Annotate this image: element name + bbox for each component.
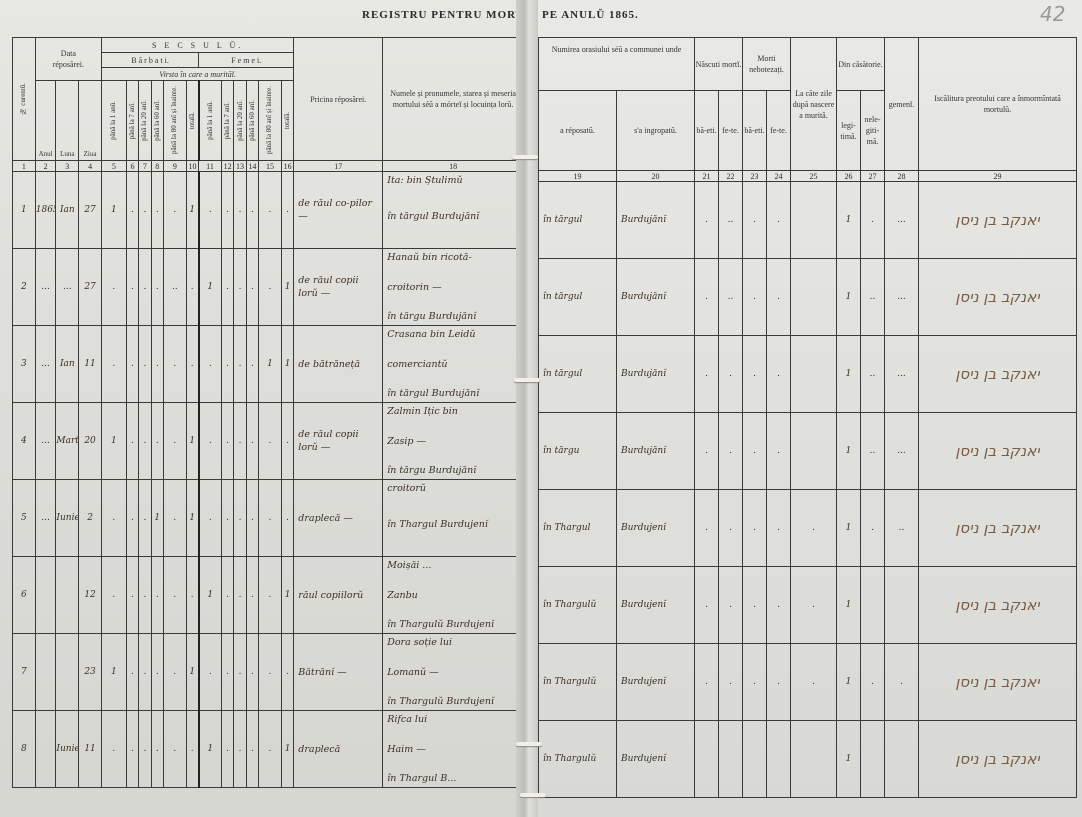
entry-name: Dora soție luiLomanŭ —în Thargulŭ Burduj… bbox=[383, 634, 524, 711]
entry-c22: .. bbox=[719, 182, 743, 259]
entry-priest-signature: יאנקב בן ניסן bbox=[919, 490, 1077, 567]
entry-female-age-4: . bbox=[246, 711, 258, 788]
col-header-died-in: a réposatŭ. bbox=[539, 91, 617, 171]
entry-buried-in: Burdujănĭ bbox=[617, 413, 695, 490]
entry-died-in: în tărgul bbox=[539, 259, 617, 336]
entry-died-in: în Thargul bbox=[539, 490, 617, 567]
entry-female-age-3: . bbox=[234, 480, 246, 557]
entry-year: ... bbox=[35, 326, 56, 403]
entry-c24: . bbox=[767, 567, 791, 644]
entry-c28: ... bbox=[885, 413, 919, 490]
entry-female-age-6: 1 bbox=[281, 249, 293, 326]
entry-c25: . bbox=[791, 567, 837, 644]
entry-year: ... bbox=[35, 249, 56, 326]
entry-male-age-6: . bbox=[186, 326, 198, 403]
col-num: 5 bbox=[101, 161, 126, 172]
col-header-men: B ă r b a t i. bbox=[101, 53, 198, 68]
entry-buried-in: Burdujănĭ bbox=[617, 336, 695, 413]
entry-c25 bbox=[791, 182, 837, 259]
entry-buried-in: Burdujenĭ bbox=[617, 644, 695, 721]
entry-c26: 1 bbox=[837, 644, 861, 721]
entry-name: Crasana bin Leidŭcomerciantŭîn tărgul Bu… bbox=[383, 326, 524, 403]
entry-male-age-4: . bbox=[151, 172, 163, 249]
entry-died-in: în tărgul bbox=[539, 336, 617, 413]
col-num: 2 bbox=[35, 161, 56, 172]
entry-name-line3: în tărgul Burdujănĭ bbox=[387, 387, 519, 400]
entry-male-age-6: 1 bbox=[186, 403, 198, 480]
register-entry-row: în ThargulBurdujenĭ.....1...יאנקב בן ניס… bbox=[539, 490, 1077, 567]
entry-c26: 1 bbox=[837, 567, 861, 644]
entry-day: 20 bbox=[79, 403, 102, 480]
entry-c27 bbox=[861, 721, 885, 798]
entry-c25 bbox=[791, 413, 837, 490]
entry-month bbox=[56, 634, 79, 711]
entry-male-age-3: . bbox=[139, 634, 151, 711]
entry-name-line1: Ita: bin Ștulimŭ bbox=[387, 174, 519, 187]
entry-c27: .. bbox=[861, 259, 885, 336]
entry-male-age-6: . bbox=[186, 711, 198, 788]
col-num: 25 bbox=[791, 171, 837, 182]
col-header-f-age-4: pănă la 60 anĭ. bbox=[246, 81, 258, 161]
entry-male-age-5: . bbox=[163, 172, 186, 249]
entry-cause: Bătrănĭ — bbox=[294, 634, 383, 711]
register-entry-row: în tărgulBurdujănĭ.....1.....יאנקב בן ני… bbox=[539, 259, 1077, 336]
entry-female-age-1: . bbox=[199, 634, 222, 711]
entry-male-age-3: . bbox=[139, 172, 151, 249]
register-entry-row: 5...Iunie2...1.1......draplecă —croitorŭ… bbox=[13, 480, 524, 557]
entry-male-age-2: . bbox=[126, 172, 138, 249]
entry-number: 8 bbox=[13, 711, 36, 788]
book-gutter bbox=[516, 0, 538, 817]
entry-cause: de bătrăneță bbox=[294, 326, 383, 403]
entry-buried-in: Burdujenĭ bbox=[617, 490, 695, 567]
entry-c27: . bbox=[861, 490, 885, 567]
entry-number: 5 bbox=[13, 480, 36, 557]
col-header-m-age-5: pănă la 80 anĭ și înainte. bbox=[163, 81, 186, 161]
entry-female-age-2: . bbox=[221, 326, 233, 403]
entry-name-line3: în tărgu Burdujănĭ bbox=[387, 310, 519, 323]
entry-c28 bbox=[885, 567, 919, 644]
entry-c21: . bbox=[695, 567, 719, 644]
entry-name-line1: Dora soție lui bbox=[387, 636, 519, 649]
entry-year: ... bbox=[35, 403, 56, 480]
entry-c27: .. bbox=[861, 413, 885, 490]
entry-female-age-4: . bbox=[246, 172, 258, 249]
entry-day: 12 bbox=[79, 557, 102, 634]
entry-number: 6 bbox=[13, 557, 36, 634]
column-number-row: 1 2 3 4 5 6 7 8 9 10 11 12 13 14 15 16 1… bbox=[13, 161, 524, 172]
col-header-m-age-4: pănă la 60 anĭ. bbox=[151, 81, 163, 161]
entry-name: Hanaŭ bin ricotă-croitorin —în tărgu Bur… bbox=[383, 249, 524, 326]
col-header-f-age-3: pănă la 20 anĭ. bbox=[234, 81, 246, 161]
entry-female-age-2: . bbox=[221, 403, 233, 480]
entry-c21: . bbox=[695, 413, 719, 490]
entry-name-line2: croitorin — bbox=[387, 281, 519, 294]
col-header-f-age-5: pănă la 80 anĭ și înainte. bbox=[259, 81, 282, 161]
entry-female-age-3: . bbox=[234, 634, 246, 711]
col-header-f-age-2: pănă la 7 anĭ. bbox=[221, 81, 233, 161]
entry-day: 27 bbox=[79, 172, 102, 249]
col-num: 21 bbox=[695, 171, 719, 182]
entry-name: Ita: bin Ștulimŭîn tărgul Burdujănĭ bbox=[383, 172, 524, 249]
entry-name: croitorŭîn Thargul Burdujenĭ bbox=[383, 480, 524, 557]
entry-female-age-4: . bbox=[246, 480, 258, 557]
entry-male-age-4: . bbox=[151, 711, 163, 788]
entry-name: Rifca luiHaim —în Thargul B... bbox=[383, 711, 524, 788]
entry-female-age-5: . bbox=[259, 403, 282, 480]
entry-priest-signature: יאנקב בן ניסן bbox=[919, 644, 1077, 721]
entry-c28: . bbox=[885, 644, 919, 721]
entry-c25: . bbox=[791, 644, 837, 721]
col-header-day: Ziua bbox=[79, 81, 102, 161]
entry-female-age-3: . bbox=[234, 403, 246, 480]
entry-male-age-1: . bbox=[101, 711, 126, 788]
entry-c24: . bbox=[767, 336, 791, 413]
entry-cause: de răul copii lorŭ — bbox=[294, 403, 383, 480]
entry-c26: 1 bbox=[837, 259, 861, 336]
register-title: REGISTRU PENTRU MORTI bbox=[362, 9, 529, 21]
entry-female-age-6: . bbox=[281, 403, 293, 480]
entry-cause: răul copiilorŭ bbox=[294, 557, 383, 634]
entry-c21: . bbox=[695, 336, 719, 413]
entry-month: ... bbox=[56, 249, 79, 326]
entry-died-in: în tărgul bbox=[539, 182, 617, 259]
entry-c26: 1 bbox=[837, 336, 861, 413]
entry-c25 bbox=[791, 259, 837, 336]
entry-day: 11 bbox=[79, 711, 102, 788]
register-entry-row: în tărguBurdujănĭ....1.....יאנקב בן ניסן bbox=[539, 413, 1077, 490]
entry-c26: 1 bbox=[837, 490, 861, 567]
entry-day: 11 bbox=[79, 326, 102, 403]
entry-female-age-5: . bbox=[259, 634, 282, 711]
register-entry-row: 612......1....1răul copiilorŭMoișăi ... … bbox=[13, 557, 524, 634]
entry-number: 7 bbox=[13, 634, 36, 711]
entry-male-age-4: . bbox=[151, 557, 163, 634]
entry-c26: 1 bbox=[837, 182, 861, 259]
entry-cause: de răul co-pilor — bbox=[294, 172, 383, 249]
col-header-twins: gemenĭ. bbox=[885, 38, 919, 171]
entry-male-age-2: . bbox=[126, 249, 138, 326]
entry-female-age-6: 1 bbox=[281, 711, 293, 788]
entry-c22 bbox=[719, 721, 743, 798]
entry-name-line1: Crasana bin Leidŭ bbox=[387, 328, 519, 341]
col-num: 15 bbox=[259, 161, 282, 172]
entry-female-age-1: . bbox=[199, 172, 222, 249]
register-entry-row: 4...Mart201....1......de răul copii lorŭ… bbox=[13, 403, 524, 480]
register-entry-row: în ThargulŭBurdujenĭ.....1יאנקב בן ניסן bbox=[539, 567, 1077, 644]
entry-male-age-1: . bbox=[101, 326, 126, 403]
col-num: 10 bbox=[186, 161, 198, 172]
entry-month: Ian bbox=[56, 326, 79, 403]
entry-c26: 1 bbox=[837, 413, 861, 490]
col-header-m-age-2: pănă la 7 anĭ. bbox=[126, 81, 138, 161]
col-header-marriage: Din căsătorie. bbox=[837, 38, 885, 91]
entry-c23: . bbox=[743, 259, 767, 336]
entry-name-line2: Haim — bbox=[387, 743, 519, 756]
entry-c23: . bbox=[743, 490, 767, 567]
entry-c27: . bbox=[861, 182, 885, 259]
register-entry-row: în tărgulBurdujănĭ.....1....יאנקב בן ניס… bbox=[539, 182, 1077, 259]
entry-female-age-4: . bbox=[246, 326, 258, 403]
entry-name-line3: în tărgu Burdujănĭ bbox=[387, 464, 519, 477]
entry-female-age-1: . bbox=[199, 403, 222, 480]
entry-buried-in: Burdujănĭ bbox=[617, 182, 695, 259]
entry-buried-in: Burdujenĭ bbox=[617, 721, 695, 798]
entry-male-age-4: . bbox=[151, 249, 163, 326]
col-header-m-age-1: pănă la 1 anŭ. bbox=[101, 81, 126, 161]
entry-female-age-2: . bbox=[221, 711, 233, 788]
entry-c28: .. bbox=[885, 490, 919, 567]
entry-c23: . bbox=[743, 336, 767, 413]
col-num: 26 bbox=[837, 171, 861, 182]
register-entry-row: 11865Ian271....1......de răul co-pilor —… bbox=[13, 172, 524, 249]
entry-c23: . bbox=[743, 182, 767, 259]
binding-stitch bbox=[514, 378, 540, 382]
entry-c21: . bbox=[695, 644, 719, 721]
col-num: 27 bbox=[861, 171, 885, 182]
entry-male-age-1: . bbox=[101, 249, 126, 326]
entry-male-age-3: . bbox=[139, 403, 151, 480]
entry-c25: . bbox=[791, 490, 837, 567]
entry-male-age-2: . bbox=[126, 480, 138, 557]
entry-c27: .. bbox=[861, 336, 885, 413]
entry-c24: . bbox=[767, 490, 791, 567]
entry-month bbox=[56, 557, 79, 634]
entry-priest-signature: יאנקב בן ניסן bbox=[919, 567, 1077, 644]
entry-c22: . bbox=[719, 336, 743, 413]
col-num: 8 bbox=[151, 161, 163, 172]
col-num: 1 bbox=[13, 161, 36, 172]
register-entry-row: în ThargulŭBurdujenĭ1יאנקב בן ניסן bbox=[539, 721, 1077, 798]
entry-c27 bbox=[861, 567, 885, 644]
entry-cause: de răul copii lorŭ — bbox=[294, 249, 383, 326]
col-header-legitimate: legi-timă. bbox=[837, 91, 861, 171]
entry-male-age-5: .. bbox=[163, 249, 186, 326]
entry-name: Moișăi ... Zanbuîn Thargulŭ Burdujenĭ bbox=[383, 557, 524, 634]
col-header-year: Anul bbox=[35, 81, 56, 161]
entry-c24: . bbox=[767, 413, 791, 490]
entry-number: 2 bbox=[13, 249, 36, 326]
entry-c24: . bbox=[767, 182, 791, 259]
entry-male-age-1: 1 bbox=[101, 172, 126, 249]
register-entry-row: 3...Ian11..........11de bătrănețăCrasana… bbox=[13, 326, 524, 403]
entry-male-age-2: . bbox=[126, 711, 138, 788]
col-header-days-after-birth: La căte zile după nascere a murită. bbox=[791, 38, 837, 171]
entry-c22: . bbox=[719, 413, 743, 490]
entry-died-in: în tărgu bbox=[539, 413, 617, 490]
entry-male-age-2: . bbox=[126, 326, 138, 403]
binding-stitch bbox=[512, 155, 538, 159]
entry-c25 bbox=[791, 336, 837, 413]
col-header-age: Virsta în care a murităĭ. bbox=[101, 68, 293, 81]
entry-c27: . bbox=[861, 644, 885, 721]
entry-c21: . bbox=[695, 490, 719, 567]
entry-female-age-4: . bbox=[246, 557, 258, 634]
entry-cause: draplecă — bbox=[294, 480, 383, 557]
entry-female-age-3: . bbox=[234, 711, 246, 788]
register-entry-row: 8Iunie11......1....1draplecăRifca luiHai… bbox=[13, 711, 524, 788]
col-num: 12 bbox=[221, 161, 233, 172]
entry-name-line1: Moișăi ... bbox=[387, 559, 519, 572]
entry-name-line2: comerciantŭ bbox=[387, 358, 519, 371]
entry-female-age-4: . bbox=[246, 249, 258, 326]
entry-name-line1: Hanaŭ bin ricotă- bbox=[387, 251, 519, 264]
col-num: 6 bbox=[126, 161, 138, 172]
col-num: 9 bbox=[163, 161, 186, 172]
entry-name-line2: în Thargul Burdujenĭ bbox=[387, 518, 519, 531]
col-num: 11 bbox=[199, 161, 222, 172]
entry-male-age-6: 1 bbox=[186, 634, 198, 711]
col-num: 17 bbox=[294, 161, 383, 172]
col-header-stillborn: Născuti mortĭ. bbox=[695, 38, 743, 91]
entry-name-line3: în Thargulŭ Burdujenĭ bbox=[387, 695, 519, 708]
col-header-m-total: totală. bbox=[186, 81, 198, 161]
entry-priest-signature: יאנקב בן ניסן bbox=[919, 336, 1077, 413]
entry-female-age-1: 1 bbox=[199, 249, 222, 326]
entry-name-line3: în Thargul B... bbox=[387, 772, 519, 785]
entry-name-line3: în Thargulŭ Burdujenĭ bbox=[387, 618, 519, 631]
entry-female-age-5: . bbox=[259, 711, 282, 788]
entry-year: ... bbox=[35, 480, 56, 557]
entry-number: 3 bbox=[13, 326, 36, 403]
entry-priest-signature: יאנקב בן ניסן bbox=[919, 259, 1077, 336]
entry-c28: ... bbox=[885, 182, 919, 259]
col-header-illegitimate: nele-giti-mă. bbox=[861, 91, 885, 171]
entry-male-age-3: . bbox=[139, 326, 151, 403]
col-num: 16 bbox=[281, 161, 293, 172]
col-header-unbaptized-girls: fe-te. bbox=[767, 91, 791, 171]
entry-name-line1: Rifca lui bbox=[387, 713, 519, 726]
register-entry-row: 7231....1......Bătrănĭ —Dora soție luiLo… bbox=[13, 634, 524, 711]
entry-year: 1865 bbox=[35, 172, 56, 249]
col-num: 23 bbox=[743, 171, 767, 182]
entry-male-age-2: . bbox=[126, 403, 138, 480]
entry-c22: . bbox=[719, 567, 743, 644]
entry-female-age-2: . bbox=[221, 480, 233, 557]
entry-priest-signature: יאנקב בן ניסן bbox=[919, 182, 1077, 259]
column-number-row: 19 20 21 22 23 24 25 26 27 28 29 bbox=[539, 171, 1077, 182]
col-num: 7 bbox=[139, 161, 151, 172]
entry-c21: . bbox=[695, 182, 719, 259]
right-register-table: Numirea orasiului séŭ a communei unde Nă… bbox=[538, 37, 1077, 798]
entry-c22: .. bbox=[719, 259, 743, 336]
col-header-name: Numele și pronumele, starea și meseria m… bbox=[383, 38, 524, 161]
entry-buried-in: Burdujănĭ bbox=[617, 259, 695, 336]
entry-male-age-3: . bbox=[139, 711, 151, 788]
entry-day: 23 bbox=[79, 634, 102, 711]
entry-day: 2 bbox=[79, 480, 102, 557]
col-header-cause: Pricina réposărei. bbox=[294, 38, 383, 161]
entry-c25 bbox=[791, 721, 837, 798]
col-num: 18 bbox=[383, 161, 524, 172]
col-num: 20 bbox=[617, 171, 695, 182]
col-num: 29 bbox=[919, 171, 1077, 182]
entry-c23: . bbox=[743, 413, 767, 490]
entry-name-line1: Zalmin Ițic bin bbox=[387, 405, 519, 418]
entry-male-age-1: 1 bbox=[101, 403, 126, 480]
entry-month: Iunie bbox=[56, 711, 79, 788]
register-entry-row: în tărgulBurdujănĭ....1.....יאנקב בן ניס… bbox=[539, 336, 1077, 413]
col-header-buried-in: s'a ingropatŭ. bbox=[617, 91, 695, 171]
entry-c23 bbox=[743, 721, 767, 798]
entry-female-age-5: . bbox=[259, 557, 282, 634]
entry-male-age-2: . bbox=[126, 634, 138, 711]
entry-female-age-5: . bbox=[259, 172, 282, 249]
entry-male-age-4: . bbox=[151, 634, 163, 711]
entry-male-age-4: . bbox=[151, 326, 163, 403]
entry-buried-in: Burdujenĭ bbox=[617, 567, 695, 644]
entry-name: Zalmin Ițic binZasip —în tărgu Burdujănĭ bbox=[383, 403, 524, 480]
entry-male-age-3: . bbox=[139, 480, 151, 557]
entry-male-age-3: . bbox=[139, 557, 151, 634]
entry-male-age-6: . bbox=[186, 557, 198, 634]
entry-female-age-3: . bbox=[234, 557, 246, 634]
entry-male-age-6: 1 bbox=[186, 172, 198, 249]
entry-male-age-6: 1 bbox=[186, 480, 198, 557]
entry-male-age-1: . bbox=[101, 557, 126, 634]
entry-male-age-6: . bbox=[186, 249, 198, 326]
register-entry-row: 2......27.......1....1de răul copii lorŭ… bbox=[13, 249, 524, 326]
entry-male-age-5: . bbox=[163, 557, 186, 634]
entry-female-age-3: . bbox=[234, 326, 246, 403]
entry-c21 bbox=[695, 721, 719, 798]
entry-name-line2: Zanbu bbox=[387, 589, 519, 602]
entry-c23: . bbox=[743, 567, 767, 644]
col-num: 28 bbox=[885, 171, 919, 182]
binding-stitch bbox=[520, 793, 546, 797]
entry-year bbox=[35, 711, 56, 788]
col-num: 24 bbox=[767, 171, 791, 182]
entry-female-age-3: . bbox=[234, 172, 246, 249]
entry-name-line2: Zasip — bbox=[387, 435, 519, 448]
entry-c24 bbox=[767, 721, 791, 798]
entry-female-age-1: . bbox=[199, 480, 222, 557]
entry-year bbox=[35, 557, 56, 634]
entry-female-age-1: 1 bbox=[199, 557, 222, 634]
col-header-unbaptized-boys: bă-eti. bbox=[743, 91, 767, 171]
entry-male-age-5: . bbox=[163, 403, 186, 480]
entry-c24: . bbox=[767, 259, 791, 336]
entry-female-age-6: 1 bbox=[281, 326, 293, 403]
entry-month: Ian bbox=[56, 172, 79, 249]
entry-male-age-4: 1 bbox=[151, 480, 163, 557]
entry-female-age-3: . bbox=[234, 249, 246, 326]
entry-priest-signature: יאנקב בן ניסן bbox=[919, 721, 1077, 798]
entry-female-age-4: . bbox=[246, 634, 258, 711]
col-header-place: Numirea orasiului séŭ a communei unde bbox=[539, 38, 695, 91]
col-header-priest-signature: Iscălitura preotului care a înmormîntată… bbox=[919, 38, 1077, 171]
entry-male-age-5: . bbox=[163, 480, 186, 557]
entry-c28: ... bbox=[885, 336, 919, 413]
entry-male-age-2: . bbox=[126, 557, 138, 634]
entry-female-age-5: . bbox=[259, 480, 282, 557]
entry-female-age-2: . bbox=[221, 172, 233, 249]
entry-c23: . bbox=[743, 644, 767, 721]
entry-c24: . bbox=[767, 644, 791, 721]
entry-female-age-1: 1 bbox=[199, 711, 222, 788]
col-header-stillborn-boys: bă-eti. bbox=[695, 91, 719, 171]
entry-female-age-6: . bbox=[281, 634, 293, 711]
entry-c28: ... bbox=[885, 259, 919, 336]
entry-number: 4 bbox=[13, 403, 36, 480]
entry-female-age-4: . bbox=[246, 403, 258, 480]
col-num: 13 bbox=[234, 161, 246, 172]
entry-died-in: în Thargulŭ bbox=[539, 644, 617, 721]
col-header-sex: S E C S U L Ŭ. bbox=[101, 38, 293, 53]
entry-female-age-2: . bbox=[221, 634, 233, 711]
col-header-m-age-3: pănă la 20 anĭ. bbox=[139, 81, 151, 161]
register-entry-row: în ThargulŭBurdujenĭ.....1..יאנקב בן ניס… bbox=[539, 644, 1077, 721]
